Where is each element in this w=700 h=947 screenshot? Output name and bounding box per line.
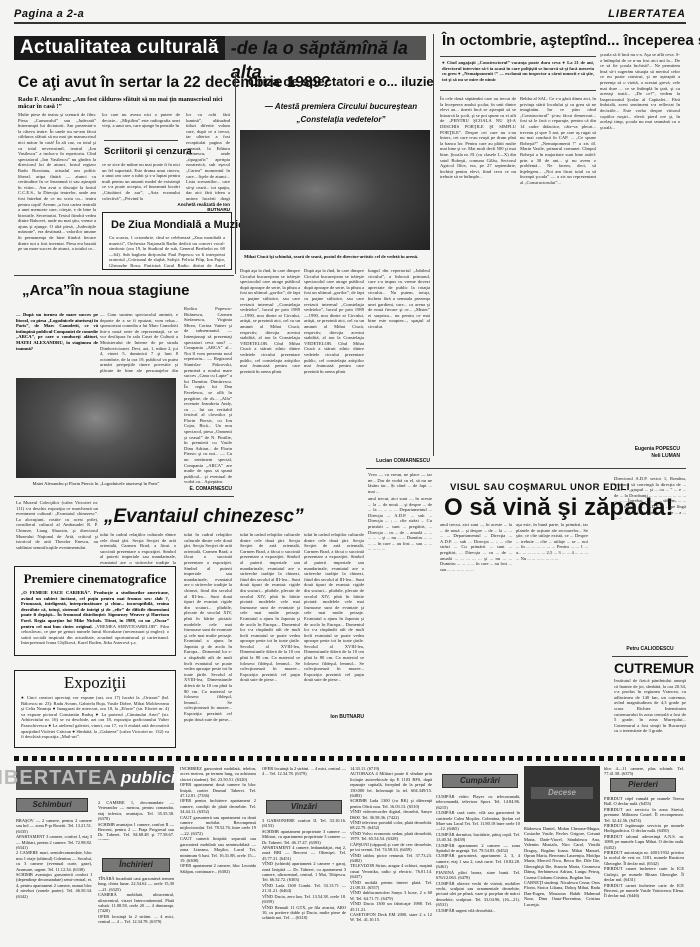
label-cumparari: Cumpărări	[442, 774, 518, 788]
column-rule	[433, 34, 434, 456]
byline-butnaru-2: Ion BUTNARU	[300, 714, 364, 720]
box-ziua-muzicii: De Ziua Mondială a Muzicii Cu ocazia, 1 …	[102, 212, 232, 270]
ad-item: CUMPĂR dormitor, bucătărie, pătuţ copil.…	[436, 832, 520, 843]
divider	[440, 90, 596, 91]
divider	[14, 275, 234, 276]
body-text: Lista scenariilor... care să-şi ceară...…	[186, 179, 230, 202]
decese-label-block: Decese	[524, 766, 600, 822]
label-decese: Decese	[530, 786, 594, 800]
article-sertar-title: Ce aţi avut în sertar la 22 decembrie 19…	[18, 74, 258, 92]
article-arca-right: Rodica Popescu-Bitănescu, Carmen Stefane…	[184, 306, 232, 502]
ad-item: VÎND mobilă pentru tineret plată. Tel. 2…	[350, 880, 432, 891]
classifieds-col4: 3 GARSONIERE confort II. Tel. 33.10.16. …	[262, 818, 346, 944]
ad-item: VÎND Dacia 1300 un fabricaţie 1988. Tel.…	[350, 901, 432, 912]
ad-item: APARTAMENT 4 camere, îmbunătăţiri, etaj …	[262, 845, 346, 861]
ad-item: INCHIRIEZ garsonieră mobilată, telefon, …	[180, 766, 256, 782]
ad-item: VÎND Lada 1300 Combi. Tel. 33.13.71 — 21…	[262, 883, 346, 894]
classifieds-banner-a: LIBERTATEA	[0, 767, 118, 790]
article-evantai-body4: tului în cadrul relaţiilor culturale din…	[304, 532, 364, 712]
ad-item: PIERDUT talonul adeverinţă A.N.S. nr. 10…	[604, 834, 684, 850]
classifieds-col2b: TÎNĂRĂ încadrată caut garsonieră termen …	[98, 876, 174, 944]
ad-item: CUMPĂR casă curte, vilă sau garsonieră î…	[436, 810, 520, 832]
article-circ-subtitle: — Atestă premiera Circului bucureştean „…	[256, 100, 426, 126]
article-edili-body-left: anul trecut, aici sunt ..., în aceste ..…	[368, 496, 432, 716]
box-text: ● Cinci creatori apreciaţi vor expune (a…	[15, 693, 175, 743]
ad-item: VÎND (schimb) apartament 2 camere + gara…	[262, 861, 346, 883]
ad-item: PIERDUT legitimaţie serviciu pe numele H…	[604, 823, 684, 834]
article-arca-title: „Arca”în noua stagiune	[22, 282, 190, 299]
divider	[14, 496, 234, 497]
classifieds-col7: Rădoescu Daniel, Midan Cheoase-Mugur, Co…	[524, 826, 600, 944]
article-scoala-intro: ● Cînd angajaţii „Constructorul” vacanţa…	[442, 60, 594, 88]
ad-item: Rădoescu Daniel, Midan Cheoase-Mugur, Co…	[524, 826, 600, 880]
article-circ-body2: lungul din repertoriul „Jubileul circulu…	[368, 268, 430, 458]
divider	[612, 656, 688, 657]
box-text: „O FEMEIE FACE CARIERĂ”. Producţie a stu…	[15, 587, 175, 653]
label-inchirieri: Închirieri	[102, 858, 170, 872]
byline-caliodescu: Petru CALIODESCU	[614, 646, 686, 652]
box-premiere-cinematografice: Premiere cinematografice „O FEMEIE FACE …	[14, 566, 176, 656]
article-edili-body1: anul trecut, aici sunt ..., în aceste ..…	[440, 522, 512, 716]
photo-mihai-ciuca	[240, 130, 430, 250]
article-sertar-body4: lor cu ochi fără lumină”, alăturând titl…	[186, 112, 230, 202]
box-title: Premiere cinematografice	[15, 567, 175, 587]
classifieds-col3: INCHIRIEZ garsonieră mobilată, telefon, …	[180, 766, 256, 944]
box-text: Cu ocazia, 1 octombrie, cînd se celebrea…	[103, 231, 231, 267]
ad-item: CĂPŞUNI (căpşuni) şi care de cerc deoseb…	[350, 842, 432, 853]
banner-title: Actualitatea culturală	[14, 37, 219, 59]
page-number: Pagina a 2-a	[14, 8, 84, 20]
ad-item: OFER apartament două camere în bloc lini…	[180, 782, 256, 798]
article-evantai-body1: tului în cadrul relaţiilor culturale din…	[100, 532, 176, 566]
article-evantai-intro: La Muzeul Colecţiilor (calea Victoriei n…	[16, 500, 98, 562]
dotted-separator	[14, 756, 686, 761]
ad-item: SCHIMB avantajos 1 camere, confort II — …	[98, 822, 174, 840]
ad-item: OFER locuinţă la 2 străini. ... 4 mici, …	[98, 914, 174, 925]
photo-caption-circ: Mihai Ciucă îşi schimbă, seară de seară,…	[244, 254, 430, 260]
article-arca-a1: — Cum suntem spectacolul amintit, e depa…	[100, 312, 178, 374]
article-evantai-body3: tului în cadrul relaţiilor culturale din…	[240, 532, 300, 712]
ad-item: VÎND videorecorder digital, deosebit, Sa…	[350, 809, 432, 820]
ad-item: OFER locuinţă la 2 străini. ... 4 mici, …	[262, 766, 346, 777]
box-expozitii: Expoziţii ● Cinci creatori apreciaţi vor…	[14, 670, 176, 748]
classifieds-col1: BRAŞOV — 2 camere, pentru 2 camere sau h…	[16, 818, 92, 943]
ad-item: PIERDUT carnet încheiere carte de ICE Be…	[604, 883, 684, 899]
ad-item: APARTAMENT 3 camere, confort I, etaj 3 —…	[16, 834, 92, 850]
label-vinzari: Vînzări	[266, 800, 342, 814]
ad-item: VÎND televizor portabil color, plată deo…	[350, 820, 432, 831]
ad-item: CAMERĂ mobilată, ultracentral, ultracent…	[98, 892, 174, 914]
byline-popescu: Eugenia POPESCU	[600, 446, 680, 452]
ad-item: VÎND tablou pictor renumit. Tel. 37.73.2…	[350, 853, 432, 864]
ad-item: TÎNĂRĂ încadrată caut garsonieră termen …	[98, 876, 174, 892]
photo-arca	[16, 378, 176, 478]
ad-item: CUMPĂR obiecte vechi de vitrină, mobilie…	[436, 881, 520, 908]
ad-item: 3 GARSONIERE confort II. Tel. 33.10.16. …	[262, 818, 346, 829]
article-edili-teaser: Vreo — cu vreun, ne place — iar ne... Da…	[368, 472, 432, 494]
article-scoala-body3: şcoala să fi încă nu s-a. Aşa se află ce…	[600, 52, 680, 452]
ad-item: 2 CAMERE 1, decomandate — Veteranilor — …	[98, 800, 174, 822]
ad-item: VÎND Volvo economic sedan, plată deosebi…	[350, 831, 432, 842]
article-circ-body1b: După aşa la rînd, în care dinspre Circul…	[304, 268, 364, 458]
classifieds-col5: 14.33.11. (6719) AUTOBAZA 4 Militari poa…	[350, 766, 432, 944]
ad-item: CASETOFON Deck EM 2000, stare 2 x 12 W. …	[350, 912, 432, 923]
byline-comarnescu-e: E. COMARNESCU	[170, 486, 232, 492]
body-text: Multe piese de teatru şi scenarii de fil…	[18, 112, 96, 229]
ad-item: 2 CAMERE mari, semidecomandate, bloc nou…	[16, 850, 92, 872]
ad-item: VÎND Renault 11 GTX, pe fila avariat, AR…	[262, 905, 346, 921]
ad-item: CUMPĂR urgent vilă deosebită...	[436, 908, 520, 913]
byline-luman: Neli LUMAN	[600, 453, 680, 459]
ad-item: CARNEŢI studenţi. Niculescu Cezar, Oros …	[524, 880, 600, 907]
ad-item: bloc 4—11 camere, plus schimb. Tel. 77.4…	[604, 766, 684, 776]
article-arca-q1: — După un turneu de mare succes pe litor…	[16, 312, 98, 374]
ad-item: CAUT garsonieră sau apartament cu două c…	[180, 815, 256, 837]
banner-subtitle: -de la o săptămînă la alta	[225, 36, 426, 60]
article-edili-body3: Directorul A.D.P. sector 1, Romînu, înce…	[614, 476, 686, 646]
article-scoala-body2: Beldar al SAL. Ce s-a găsit dinea aici, …	[520, 96, 596, 456]
ad-item: BRAŞOV — 2 camere, pentru 2 camere sau h…	[16, 818, 92, 834]
article-sertar-body5: ce se zice de mâine nu mai poate fi în n…	[102, 162, 180, 208]
ad-item: SCHIMB apartament proprietate 3 camere —…	[262, 829, 346, 845]
ad-item: PIERDUT autorizaţia nr. 4001/1932 privit…	[604, 850, 684, 866]
article-edili-body2: aşa este, în bună parte, la primării, ia…	[516, 522, 588, 716]
divider	[366, 468, 686, 469]
column-rule	[235, 74, 236, 274]
article-evantai-body2: tului în cadrul relaţiilor culturale din…	[184, 532, 232, 780]
byline-butnaru: Anchetă realizată de Ion BUTNARU	[170, 202, 230, 212]
article-sertar-body3: lor care nu aveau nici o putere de deciz…	[102, 112, 180, 136]
article-circ-body1: După aşa la rînd, în care dinspre Circul…	[240, 268, 300, 458]
photo-caption-arca: Matei Alexandru şi Florin Piersic în „Lo…	[14, 481, 178, 487]
ad-item: PIERDUT căţel vamală pe numele Teresa Ba…	[604, 796, 684, 807]
ad-item: CUMPĂR garsonieră, apartament 2, 3, 4 ca…	[436, 853, 520, 869]
label-pierderi: Pierderi	[610, 778, 676, 792]
article-edili-kicker: VISUL SAU COŞMARUL UNOR EDILI	[450, 482, 630, 493]
box-title: Expoziţii	[15, 671, 175, 693]
subhead-scriitori: Scriitorii şi cenzura	[104, 146, 192, 157]
box-title: De Ziua Mondială a Muzicii	[103, 213, 231, 231]
ad-item: TELEVIZOR Sirius, aragaz 4 ochiuri, maşi…	[350, 863, 432, 879]
ad-item: PIERDUT act serviciu în zona Streiul, pr…	[604, 807, 684, 823]
ad-item: CUMPĂR apartament 2 camere — zona Spital…	[436, 843, 520, 854]
ad-item: VÎND Dacia, zero km. Tel. 13.54.38, orel…	[262, 894, 346, 905]
ad-item: VÎND dublucasetofon Sanyo 3 boxe, 2 x 60…	[350, 890, 432, 901]
ad-item: CUMPĂR video Player cu telecomandă, tele…	[436, 794, 520, 810]
classifieds-banner: LIBERTATEA publicitate	[16, 766, 174, 790]
ad-item: PIERDUT carnet încheiere carte la ICE Ci…	[604, 866, 684, 882]
header-rule	[14, 22, 686, 24]
ad-item: OFER apartament 2 camere, bloc Leonida S…	[180, 863, 256, 874]
ad-item: CAUT cameră liniştită: separată sau gars…	[180, 836, 256, 863]
article-sertar-body1: Multe piese de teatru şi scenarii de fil…	[18, 112, 96, 288]
ad-item: AUTOBAZA 4 Militari poate fi vîndute pri…	[350, 771, 432, 798]
byline-comarnescu-l: Lucian COMARNESCU	[350, 458, 430, 464]
classifieds-col8: PIERDUT căţel vamală pe numele Teresa Ba…	[604, 796, 684, 944]
ad-item: PIANINĂ plăci bronz, stare bună. Tel. 67…	[436, 870, 520, 881]
classifieds-col2a: 2 CAMERE 1, decomandate — Veteranilor — …	[98, 800, 174, 840]
article-circ-title: Criza de spectatori e o... iluzie	[248, 74, 434, 89]
classifieds-col6: CUMPĂR video Player cu telecomandă, tele…	[436, 794, 520, 944]
article-evantai-title: „Evantaiul chinezesc”	[104, 506, 304, 528]
classifieds-col8a: bloc 4—11 camere, plus schimb. Tel. 77.4…	[604, 766, 684, 776]
label-schimburi: Schimburi	[16, 798, 88, 812]
ad-item: SCHIMB Lada 1300 (cu RK) şi diferenţă pe…	[350, 798, 432, 809]
interview-question: — După un turneu de mare succes pe litor…	[16, 312, 98, 351]
divider	[104, 140, 178, 141]
ad-item: SCHIMB avantajos garsonieră confort I (d…	[16, 872, 92, 899]
masthead: LIBERTATEA	[608, 8, 686, 20]
divider	[440, 56, 596, 57]
article-sertar-lead: Radu F. Alexandru: „Am fost călduros sfă…	[18, 96, 228, 110]
section-banner: Actualitatea culturală -de la o săptămîn…	[14, 36, 426, 60]
classifieds-col4a: OFER locuinţă la 2 străini. ... 4 mici, …	[262, 766, 346, 798]
article-cutremur-body: Institutul de fizică pămîntului anunţă c…	[614, 678, 686, 748]
article-cutremur-title: CUTREMUR	[614, 660, 694, 676]
article-scoala-body1: În cele două săptămîni care au trecut de…	[440, 96, 516, 456]
ad-item: OFER pentru închiriere apartament 2 came…	[180, 798, 256, 814]
body-text: lor cu ochi fără lumină”, alăturând titl…	[186, 112, 230, 179]
article-scoala-title: În octombrie, aşteptînd... începerea şco…	[442, 32, 700, 49]
